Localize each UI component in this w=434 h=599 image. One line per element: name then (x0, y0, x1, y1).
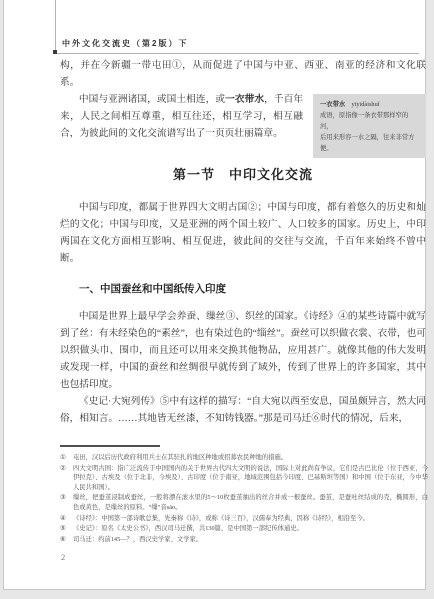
footnote-marker: ⑤ (60, 524, 66, 534)
footnote: ③缫丝，把蚕茧浸制成蚕丝，一般将漂在滚水里的5～10枚蚕茧抽出的丝合并成一根蚕丝… (60, 493, 428, 512)
idiom-definition-line2: 后用来形容一水之隔，往来非常方便。 (320, 132, 420, 154)
footnote-separator-rule (60, 445, 160, 447)
footnotes-block: ①屯田，汉以后历代政府利用兵士在其驻扎的地区种地或招募农民种地的措施。 ②四大文… (60, 445, 428, 545)
idiom-term-line: 一衣带水 yīyīdàishuǐ (320, 99, 420, 110)
footnote-text: 屯田，汉以后历代政府利用兵士在其驻扎的地区种地或招募农民种地的措施。 (73, 454, 287, 461)
idiom-pinyin: yīyīdàishuǐ (351, 101, 379, 108)
page-number: 2 (61, 552, 65, 562)
header-horizontal-rule (55, 53, 419, 54)
footnote: ①屯田，汉以后历代政府利用兵士在其驻扎的地区种地或招募农民种地的措施。 (60, 453, 428, 463)
idiom-term: 一衣带水 (320, 101, 345, 108)
footnote-marker: ① (60, 453, 66, 463)
footnote-text: 缫丝，把蚕茧浸制成蚕丝，一般将漂在滚水里的5～10枚蚕茧抽出的丝合并成一根蚕丝。… (73, 494, 428, 511)
footnote: ⑥司马迁：约前145—？，西汉史学家、文学家。 (60, 535, 428, 545)
footnote-marker: ④ (60, 514, 66, 524)
idiom-definition-box: 一衣带水 yīyīdàishuǐ 成语，原指像一条衣带那样窄的河， 后用来形容一… (313, 94, 426, 158)
paragraph-silk-history: 中国是世界上最早学会养蚕、缫丝③、织丝的国家。《诗经》④的某些诗篇中就写到了丝：… (60, 308, 426, 393)
footnote-marker: ⑥ (60, 535, 66, 545)
paragraph-with-infobox: 一衣带水 yīyīdàishuǐ 成语，原指像一条衣带那样窄的河， 后用来形容一… (60, 91, 426, 142)
section-heading: 第一节 中印文化交流 (60, 166, 426, 183)
footnote-text: 司马迁：约前145—？，西汉史学家、文学家。 (73, 536, 202, 543)
paragraph-continuation: 构，并在今新疆一带屯田①，从而促进了中国与中亚、西亚、南亚的经济和文化联系。 (60, 57, 426, 91)
book-page: 中外文化交流史（第2版）下 构，并在今新疆一带屯田①，从而促进了中国与中亚、西亚… (3, 0, 426, 590)
footnote-text: 《诗经》：中国第一部诗歌总集，先秦称《诗》，或称《诗三百》，汉儒奉为经典，因称《… (73, 515, 369, 522)
paragraph-shiji-quote: 《史记·大宛列传》⑤中有这样的描写：“自大宛以西至安息，国虽颇异言，然大同俗，相… (60, 393, 426, 427)
idiom-definition-line1: 成语，原指像一条衣带那样窄的河， (320, 110, 420, 132)
footnote-text: 四大文明古国：指广泛流传于中国国内的关于世界古代四大文明的说法，国际上对此尚有争… (73, 465, 428, 491)
paragraph-text: 中国与亚洲诸国，或国土相连，或 (79, 94, 225, 105)
footnote: ②四大文明古国：指广泛流传于中国国内的关于世界古代四大文明的说法，国际上对此尚有… (60, 464, 428, 493)
footnote: ⑤《史记》：原名《太史公书》，西汉司马迁撰，共130篇，是中国第一部纪传体通史。 (60, 524, 428, 534)
screenshot-canvas: 中外文化交流史（第2版）下 构，并在今新疆一带屯田①，从而促进了中国与中亚、西亚… (0, 0, 434, 599)
subsection-heading: 一、中国蚕丝和中国纸传入印度 (60, 281, 426, 298)
header-corner-dot (53, 50, 57, 54)
body-text-column: 构，并在今新疆一带屯田①，从而促进了中国与中亚、西亚、南亚的经济和文化联系。 一… (60, 57, 426, 427)
paragraph-china-india-intro: 中国与印度，都属于世界四大文明古国②；中国与印度，都有着悠久的历史和灿烂的文化；… (60, 199, 426, 267)
footnote: ④《诗经》：中国第一部诗歌总集，先秦称《诗》，或称《诗三百》，汉儒奉为经典，因称… (60, 514, 428, 524)
header-vertical-rule (55, 0, 56, 53)
bold-idiom-inline: 一衣带水 (225, 94, 264, 105)
footnote-marker: ② (60, 464, 66, 474)
footnote-text: 《史记》：原名《太史公书》，西汉司马迁撰，共130篇，是中国第一部纪传体通史。 (73, 525, 303, 532)
running-header-title: 中外文化交流史（第2版）下 (62, 38, 188, 49)
footnote-marker: ③ (60, 493, 66, 503)
